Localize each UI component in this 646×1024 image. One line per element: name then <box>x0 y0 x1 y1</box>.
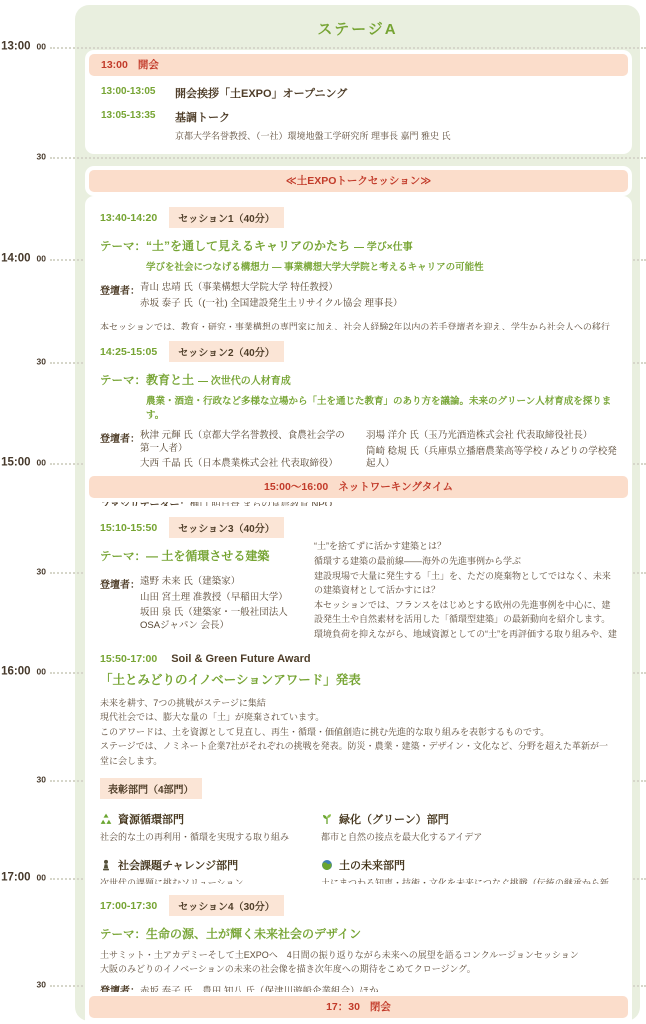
speakers: 登壇者： 青山 忠靖 氏（事業構想大学院大学 特任教授） 赤坂 泰子 氏（(一社… <box>100 282 617 314</box>
award-section-label: 表彰部門（4部門） <box>100 778 202 799</box>
session-label: セッション2（40分） <box>169 341 284 362</box>
time-label: 13:0000 <box>0 40 46 52</box>
award-subtitle: Soil & Green Future Award <box>171 653 310 665</box>
session-label: セッション3（40分） <box>169 517 284 538</box>
globe-icon <box>321 859 333 871</box>
item-title: 基調トーク 京都大学名誉教授、（一社）環境地盤工学研究所 理事長 嘉門 雅史 氏 <box>175 109 451 142</box>
person-icon <box>100 859 112 871</box>
session-theme: テーマ：生命の源、土が輝く未来社会のデザイン <box>100 924 617 945</box>
schedule-item: 13:05-13:35 基調トーク 京都大学名誉教授、（一社）環境地盤工学研究所… <box>101 109 618 142</box>
opening-banner-time: 13:00 <box>101 59 128 71</box>
session-time: 17:00-17:30 <box>100 900 157 912</box>
time-label: 30 <box>0 775 46 785</box>
time-label: 14:0000 <box>0 252 46 264</box>
closing-banner: 17：30閉会 <box>89 996 628 1018</box>
time-label: 15:0000 <box>0 456 46 468</box>
event-card-opening: 13:00開会 13:00-13:05 開会挨拶「土EXPO」オープニング 13… <box>85 50 632 154</box>
item-time: 13:00-13:05 <box>101 85 163 101</box>
speaker: 羽場 洋介 氏（玉乃光酒造株式会社 代表取締役社長） <box>366 430 617 443</box>
item-description: 京都大学名誉教授、（一社）環境地盤工学研究所 理事長 嘉門 雅史 氏 <box>175 129 451 142</box>
item-title: 開会挨拶「土EXPO」オープニング <box>175 85 347 101</box>
closing-banner-card: 17：30閉会 <box>85 992 632 1022</box>
speaker: 赤坂 泰子 氏（(一社) 全国建設発生土リサイクル協会 理事長） <box>140 298 403 311</box>
opening-banner: 13:00開会 <box>89 54 628 76</box>
session-label: セッション4（30分） <box>169 895 284 916</box>
session-time: 15:50-17:00 <box>100 653 157 665</box>
seedling-icon <box>321 813 333 825</box>
session-theme: テーマ：教育と土― 次世代の人材育成 <box>100 370 617 391</box>
time-label: 17:0000 <box>0 871 46 883</box>
speaker: 坂田 泉 氏（建築家・一般社団法人OSAジャパン 会長） <box>140 607 300 633</box>
item-time: 13:05-13:35 <box>101 109 163 142</box>
time-label: 16:0000 <box>0 665 46 677</box>
award-intro: 未来を耕す、7つの挑戦がステージに集結 現代社会では、膨大な量の「土」が廃棄され… <box>100 696 617 768</box>
session-theme: テーマ：― 土を循環させる建築 <box>100 546 300 567</box>
session-label: セッション1（40分） <box>169 207 284 228</box>
speaker: 秋津 元輝 氏（京都大学名誉教授、食農社会学の第一人者） <box>140 430 352 456</box>
time-label: 30 <box>0 152 46 162</box>
time-label: 30 <box>0 567 46 577</box>
session-time: 13:40-14:20 <box>100 212 157 224</box>
session-description: 土サミット・土アカデミーそして土EXPOへ 4日間の振り返りながら未来への展望を… <box>100 949 617 977</box>
time-label: 30 <box>0 980 46 990</box>
speaker: 青山 忠靖 氏（事業構想大学院大学 特任教授） <box>140 282 403 295</box>
hour-gridline <box>50 47 646 49</box>
networking-banner: 15:00～16:00ネットワーキングタイム <box>89 476 628 498</box>
schedule-item: 13:00-13:05 開会挨拶「土EXPO」オープニング <box>101 85 618 101</box>
award-department: 緑化（グリーン）部門 都市と自然の接点を最大化するアイデア <box>321 811 617 844</box>
opening-banner-label: 開会 <box>138 59 159 71</box>
talk-session-banner: ≪土EXPOトークセッション≫ <box>89 170 628 192</box>
award-department: 資源循環部門 社会的な土の再利用・循環を実現する取り組み <box>100 811 305 844</box>
time-label: 30 <box>0 357 46 367</box>
half-hour-gridline <box>50 157 646 159</box>
session-theme-sub: 学びを社会につなげる構想力 ― 事業構想大学大学院と考えるキャリアの可能性 <box>146 259 617 273</box>
talk-session-banner-card: ≪土EXPOトークセッション≫ <box>85 166 632 196</box>
session-theme-sub: 農業・酒造・行政など多様な立場から「土を通じた教育」のあり方を議論。未来のグリー… <box>146 393 617 421</box>
speaker: 筒崎 稔規 氏（兵庫県立播磨農業高等学校 / みどりの学校発起人） <box>366 446 617 472</box>
speaker: 山田 宮土理 准教授（早稲田大学） <box>140 592 300 605</box>
stage-title: ステージA <box>75 18 640 39</box>
recycle-icon <box>100 813 112 825</box>
speaker: 大西 千晶 氏（日本農業株式会社 代表取締役） <box>140 458 352 471</box>
session-theme: テーマ：“土”を通して見えるキャリアのかたち― 学び×仕事 <box>100 236 617 257</box>
speaker: 遠野 未来 氏（建築家） <box>140 576 300 589</box>
session-time: 15:10-15:50 <box>100 522 157 534</box>
speakers: 登壇者： 遠野 未来 氏（建築家） 山田 宮土理 准教授（早稲田大学） 坂田 泉… <box>100 576 300 636</box>
networking-banner-card: 15:00～16:00ネットワーキングタイム <box>85 472 632 502</box>
award-title: 「土とみどりのイノベーションアワード」発表 <box>100 670 617 688</box>
session-time: 14:25-15:05 <box>100 346 157 358</box>
